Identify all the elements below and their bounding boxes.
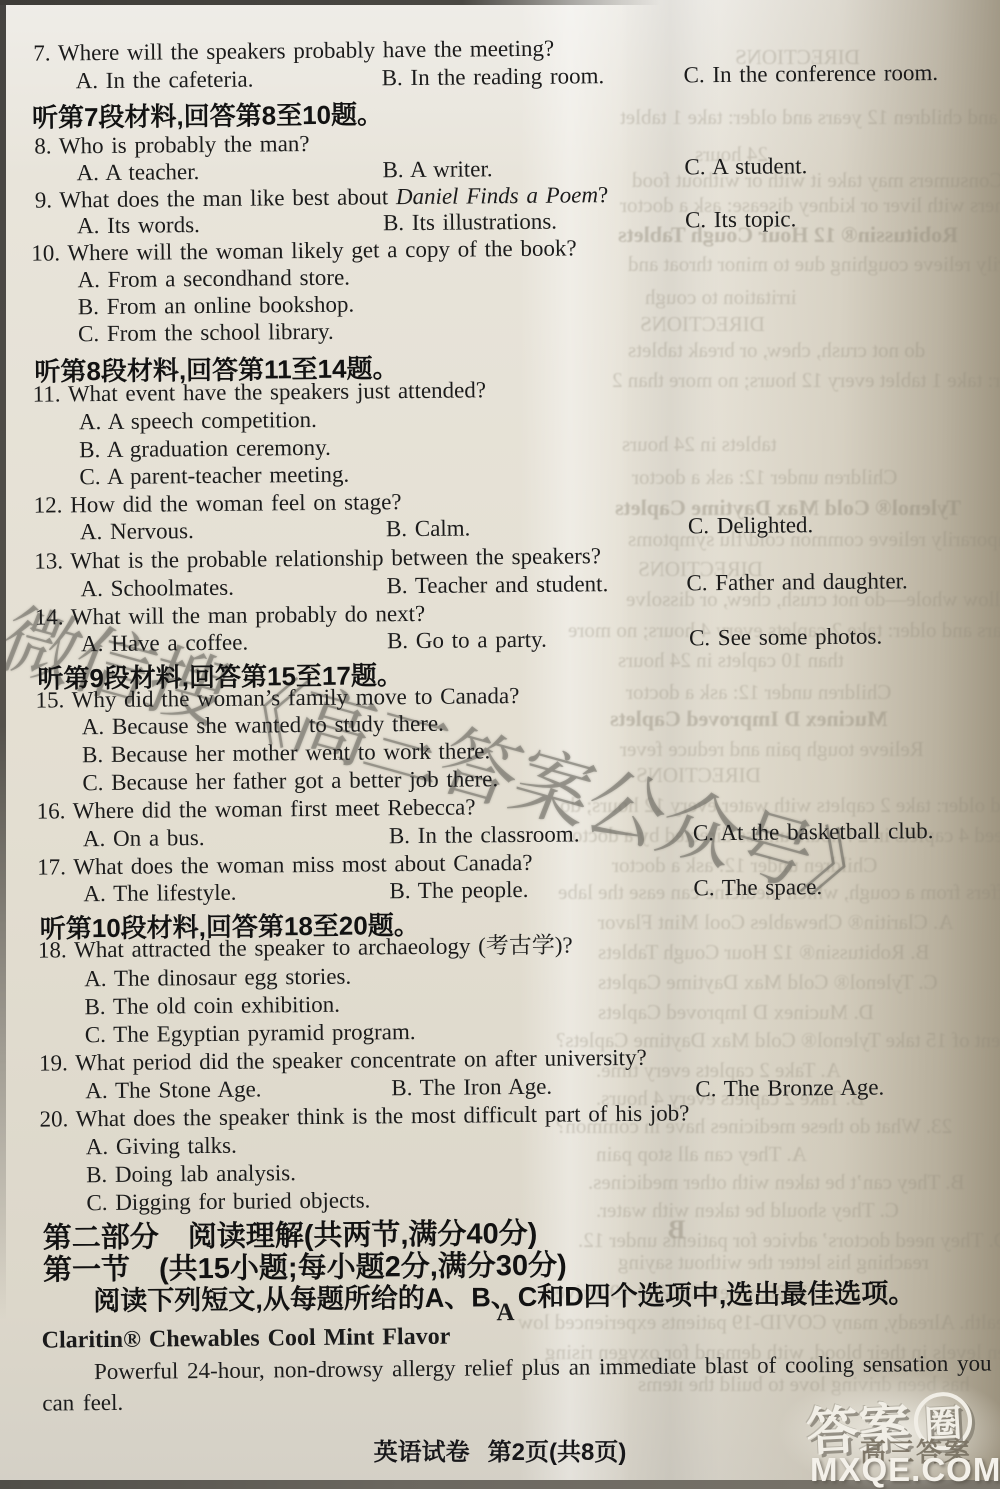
q9-option-b: B. Its illustrations. — [383, 208, 557, 237]
q18-option-b: B. The old coin exhibition. — [84, 991, 340, 1021]
q7-option-b: B. In the reading room. — [381, 62, 604, 92]
q18-option-a: A. The dinosaur egg stories. — [84, 963, 351, 993]
q16-option-c: C. At the basketball club. — [693, 817, 934, 847]
q19-option-a: A. The Stone Age. — [85, 1076, 261, 1105]
q20-option-a: A. Giving talks. — [86, 1132, 237, 1161]
q13-option-c: C. Father and daughter. — [686, 567, 908, 597]
q15-option-c: C. Because her father got a better job t… — [82, 765, 498, 797]
q11-option-b: B. A graduation ceremony. — [79, 434, 331, 464]
q11-option-a: A. A speech competition. — [79, 406, 317, 436]
q17-option-a: A. The lifestyle. — [83, 879, 236, 908]
question-19: 19. What period did the speaker concentr… — [39, 1044, 647, 1077]
section-header-7: 听第7段材料,回答第8至10题。 — [32, 94, 383, 134]
q17-option-b: B. The people. — [389, 876, 528, 905]
q20-option-b: B. Doing lab analysis. — [86, 1159, 296, 1189]
q9-option-c: C. Its topic. — [685, 205, 797, 234]
q12-option-b: B. Calm. — [386, 514, 471, 542]
exam-content: 7. Where will the speakers probably have… — [0, 0, 1000, 1489]
q14-option-a: A. Have a coffee. — [81, 629, 248, 658]
question-12: 12. How did the woman feel on stage? — [34, 488, 402, 519]
q16-option-a: A. On a bus. — [83, 824, 205, 853]
scan-edge-top — [0, 0, 660, 5]
q10-option-a: A. From a secondhand store. — [77, 264, 350, 294]
passage-title: Claritin® Chewables Cool Mint Flavor — [42, 1323, 451, 1356]
question-8: 8. Who is probably the man? — [34, 130, 310, 160]
question-20: 20. What does the speaker think is the m… — [39, 1099, 689, 1133]
q18-option-c: C. The Egyptian pyramid program. — [85, 1018, 416, 1049]
q8-option-b: B. A writer. — [382, 155, 492, 184]
q10-option-c: C. From the school library. — [78, 318, 334, 348]
q13-option-a: A. Schoolmates. — [80, 574, 234, 603]
question-18: 18. What attracted the speaker to archae… — [38, 932, 573, 965]
q8-option-a: A. A teacher. — [76, 158, 199, 187]
q12-option-a: A. Nervous. — [80, 517, 194, 546]
q15-option-b: B. Because her mother went to work there… — [82, 737, 490, 769]
question-16: 16. Where did the woman first meet Rebec… — [37, 793, 476, 825]
q11-option-c: C. A parent-teacher meeting. — [79, 461, 349, 491]
question-15: 15. Why did the woman’s family move to C… — [35, 682, 519, 714]
q19-option-c: C. The Bronze Age. — [695, 1074, 884, 1103]
q15-option-a: A. Because she wanted to study there. — [82, 710, 444, 741]
q9-book-title: Daniel Finds a Poem — [396, 182, 598, 209]
q14-option-c: C. See some photos. — [689, 623, 882, 652]
question-10: 10. Where will the woman likely get a co… — [31, 234, 577, 267]
question-14: 14. What will the man probably do next? — [35, 600, 426, 631]
question-11: 11. What event have the speakers just at… — [33, 376, 487, 408]
q14-option-b: B. Go to a party. — [387, 626, 547, 655]
q8-option-c: C. A student. — [684, 152, 807, 181]
footer-doc-title: 英语试卷 — [374, 1439, 470, 1466]
scan-edge-left — [0, 0, 6, 1320]
q7-option-c: C. In the conference room. — [683, 59, 938, 89]
q16-option-b: B. In the classroom. — [389, 820, 580, 849]
q19-option-b: B. The Iron Age. — [391, 1073, 552, 1102]
scanned-exam-page: DIRECTIONS Adults and children 12 years … — [0, 0, 1000, 1489]
site-logo-url: MXQE.COM — [810, 1451, 1000, 1489]
q12-option-c: C. Delighted. — [688, 511, 814, 540]
q13-option-b: B. Teacher and student. — [386, 570, 608, 600]
q9-text: 9. What does the man like best about — [35, 184, 396, 212]
q10-option-b: B. From an online bookshop. — [78, 291, 355, 321]
q9-question-mark: ? — [598, 182, 608, 207]
q7-option-a: A. In the cafeteria. — [76, 66, 254, 95]
q9-option-a: A. Its words. — [77, 211, 200, 240]
q17-option-c: C. The space. — [693, 873, 822, 902]
question-7: 7. Where will the speakers probably have… — [33, 35, 554, 68]
footer-page-number: 第2页(共8页) — [488, 1439, 627, 1466]
